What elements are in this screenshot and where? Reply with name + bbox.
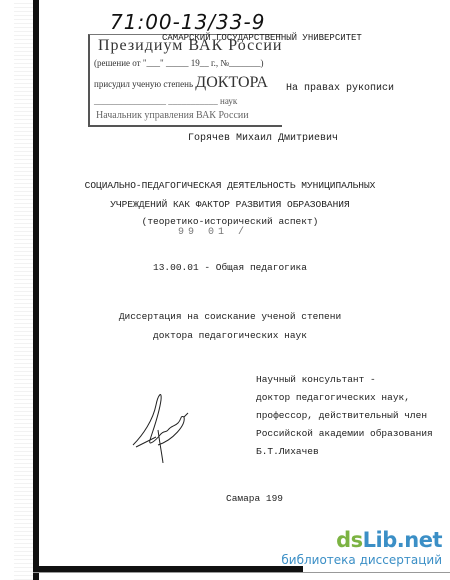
title-line-1: СОЦИАЛЬНО-ПЕДАГОГИЧЕСКАЯ ДЕЯТЕЛЬНОСТЬ МУ… (40, 180, 420, 191)
watermark-ds: ds (336, 528, 363, 552)
stamp-head-line: Начальник управления ВАК России (96, 110, 249, 121)
signature-icon (128, 385, 198, 470)
dissertation-line-1: Диссертация на соискание ученой степени (40, 311, 420, 322)
author-name: Горячев Михаил Дмитриевич (188, 133, 338, 144)
watermark-subtitle: библиотека диссертаций (281, 553, 442, 567)
scan-left-edge (33, 0, 39, 580)
consultant-line-3: профессор, действительный член (256, 410, 427, 421)
handwritten-code: 71:00-13/33-9 (110, 10, 265, 34)
consultant-line-1: Научный консультант - (256, 374, 376, 385)
pencil-mark: 99 01 / (178, 227, 248, 238)
vak-stamp: Президиум ВАК России (решение от "___" _… (88, 34, 282, 127)
manuscript-note: На правах рукописи (286, 83, 394, 94)
scan-bottom-line (33, 572, 450, 573)
dissertation-line-2: доктора педагогических наук (40, 330, 420, 341)
consultant-line-2: доктор педагогических наук, (256, 392, 410, 403)
stamp-decision-line: (решение от "___" _____ 19__ г., №______… (94, 58, 263, 68)
stamp-award-degree: ДОКТОРА (195, 74, 268, 91)
dslib-watermark[interactable]: dsLib.net библиотека диссертаций (330, 529, 442, 551)
title-line-2: УЧРЕЖДЕНИЙ КАК ФАКТОР РАЗВИТИЯ ОБРАЗОВАН… (40, 199, 420, 210)
stamp-science-line: ________________ ___________ наук (94, 96, 237, 106)
watermark-logo: dsLib.net (330, 529, 442, 551)
watermark-lib: Lib.net (363, 528, 442, 552)
consultant-line-4: Российской академии образования (256, 428, 433, 439)
university-name: САМАРСКИЙ ГОСУДАРСТВЕННЫЙ УНИВЕРСИТЕТ (162, 33, 362, 43)
specialty: 13.00.01 - Общая педагогика (40, 262, 420, 273)
subtitle: (теоретико-исторический аспект) (40, 216, 420, 227)
consultant-name: Б.Т.Лихачев (256, 446, 319, 457)
stamp-award-prefix: присудил ученую степень (94, 79, 193, 89)
scan-edge-speckle (14, 0, 34, 580)
stamp-award-line: присудил ученую степень ДОКТОРА (94, 74, 268, 92)
city-year: Самара 199 (226, 493, 283, 504)
